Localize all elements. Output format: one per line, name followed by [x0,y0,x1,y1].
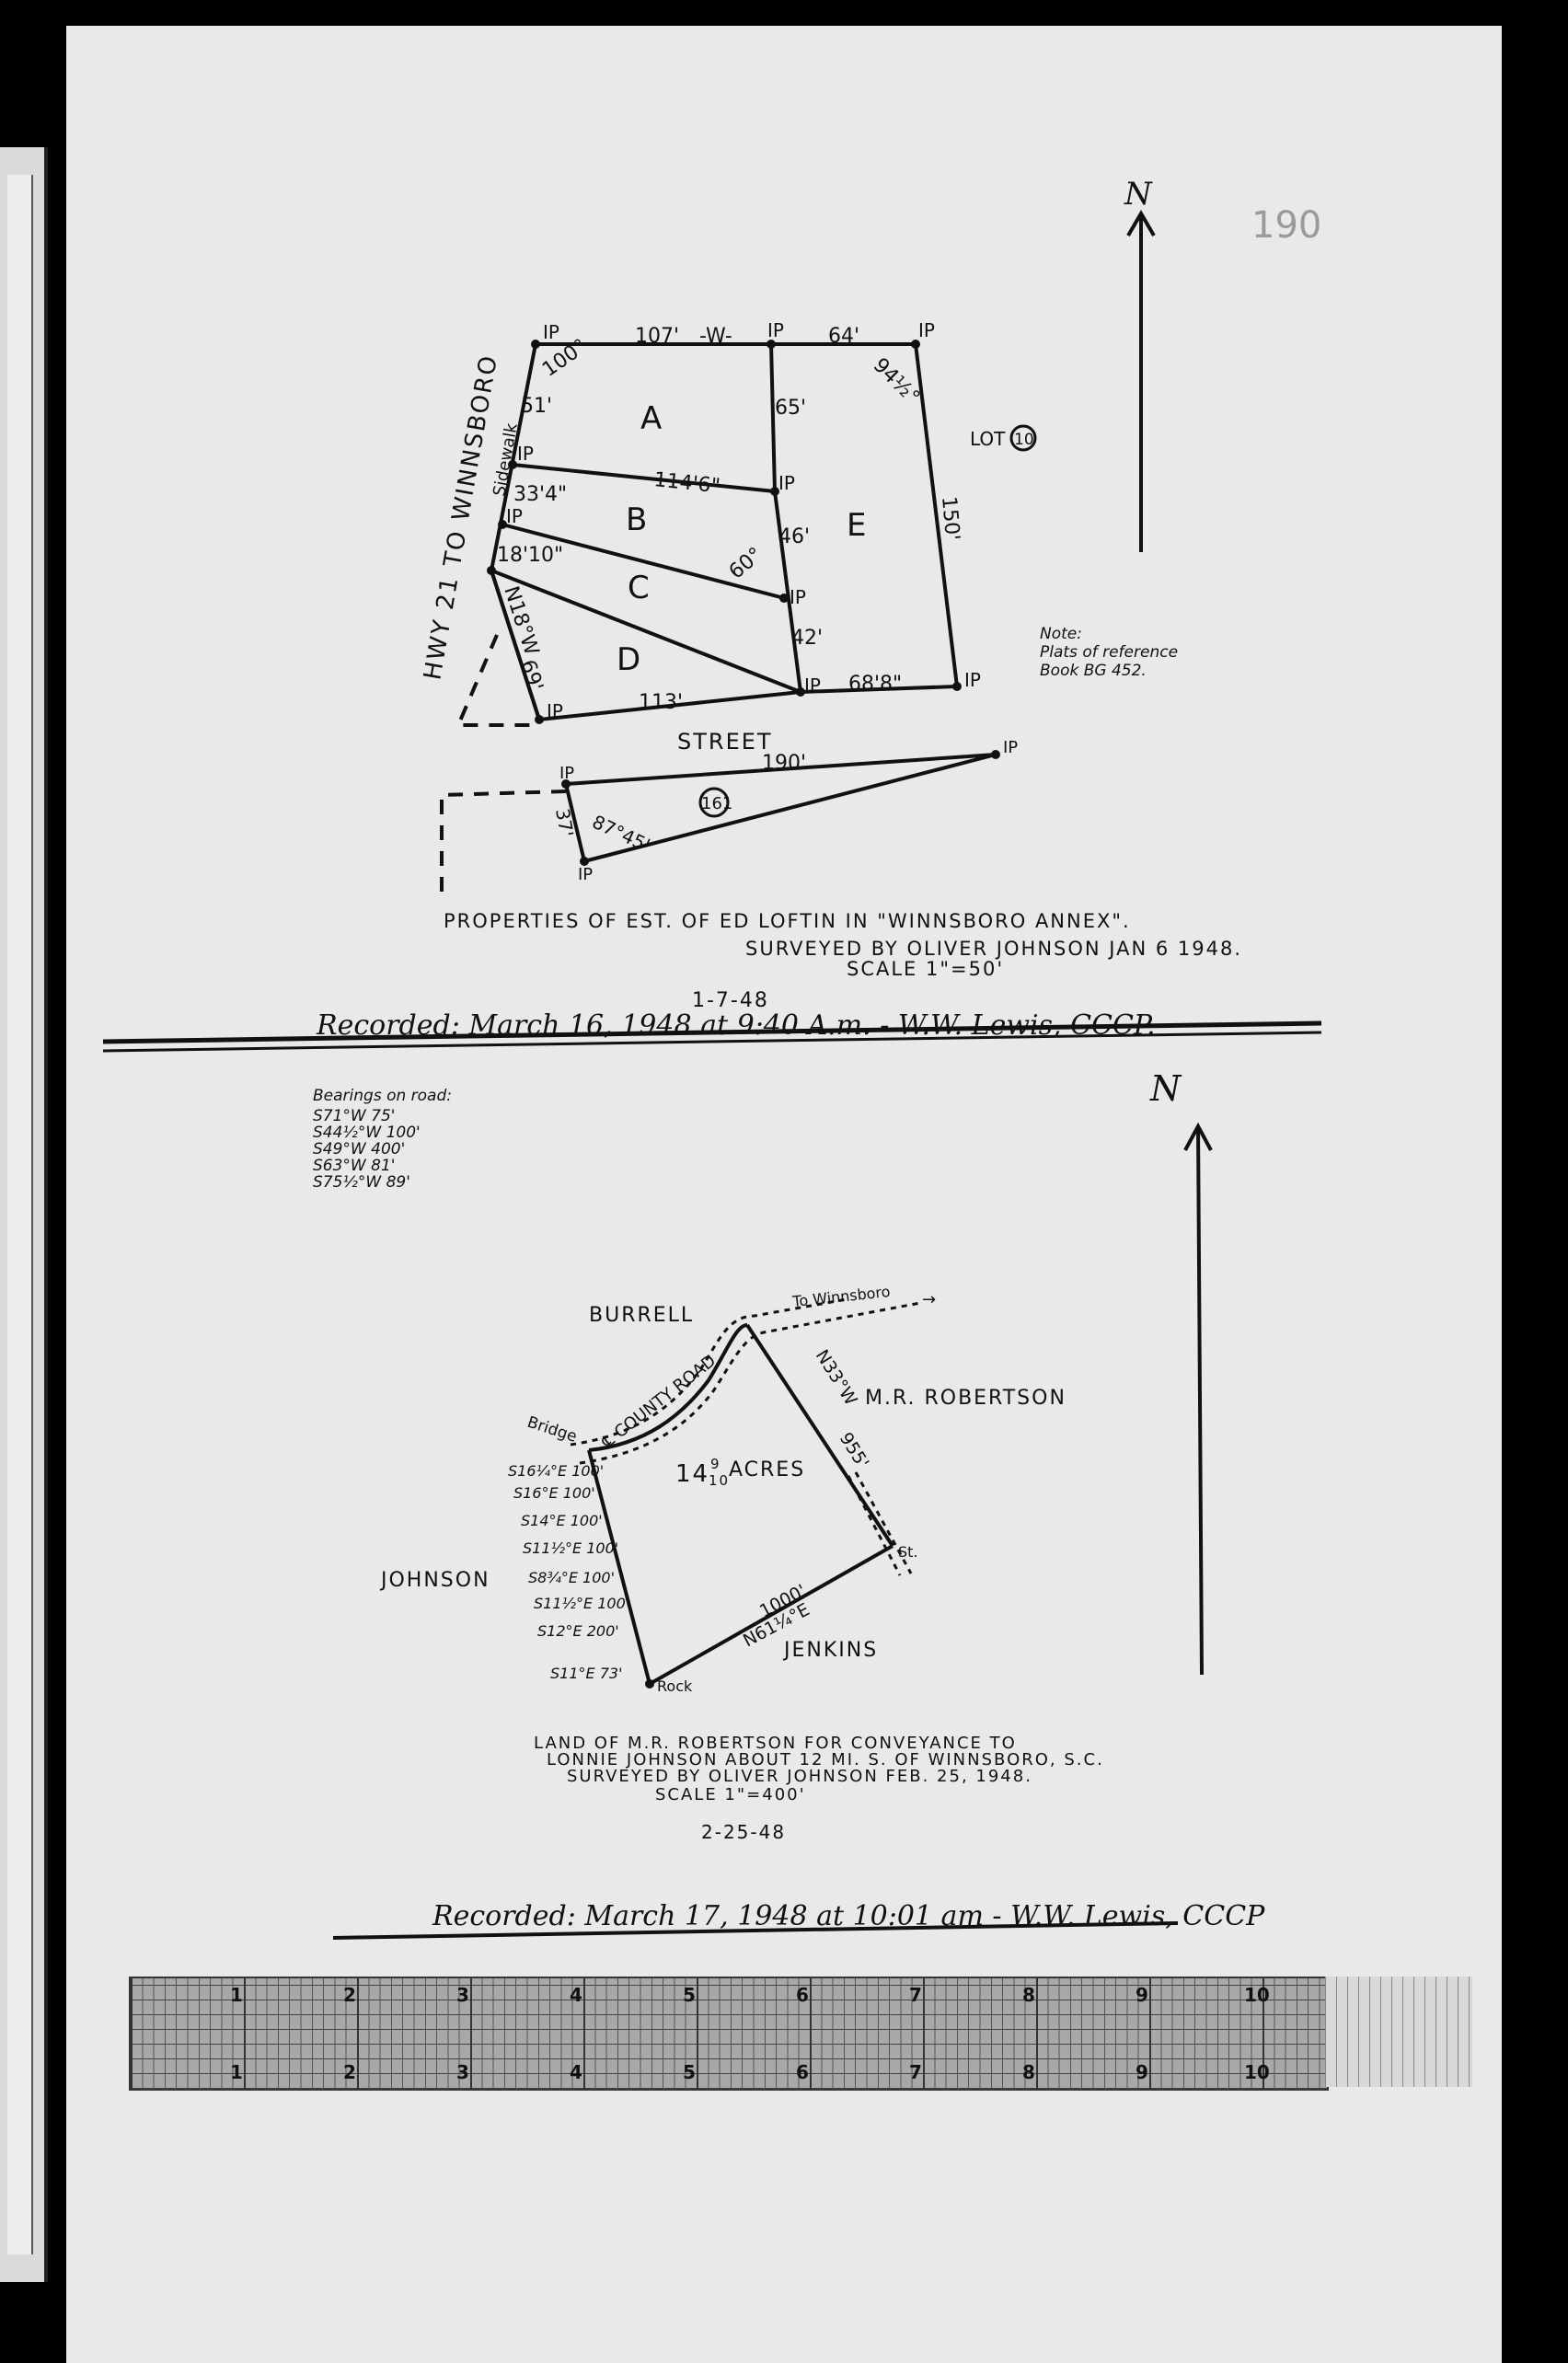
svg-text:S11°E 73': S11°E 73' [550,1665,622,1682]
ruler-tick-2-bottom: 2 [343,2061,356,2083]
upper-dimensions: 107' -W- 64' 100° 94½° 51' 65' 114'6" 33… [497,325,963,714]
highway-label: HWY 21 TO WINNSBORO [419,352,503,682]
ruler-tick-8-bottom: 8 [1022,2061,1035,2083]
lot-b: B [626,501,647,538]
lot-e: E [847,507,866,544]
svg-text:150': 150' [937,495,963,541]
ruler-tick-7-bottom: 7 [909,2061,922,2083]
svg-text:IP: IP [517,443,534,465]
north-label: N [1124,176,1153,213]
svg-text:PROPERTIES OF EST. OF ED LOFTI: PROPERTIES OF EST. OF ED LOFTIN IN "WINN… [444,910,1131,932]
svg-text:S63°W 81': S63°W 81' [313,1157,395,1175]
svg-text:ACRES: ACRES [729,1458,805,1481]
svg-text:N18°W: N18°W [499,583,543,658]
svg-text:Bearings on road:: Bearings on road: [313,1087,452,1105]
rock-label: Rock [657,1677,693,1695]
svg-text:S75½°W 89': S75½°W 89' [313,1173,410,1192]
svg-text:IP: IP [778,472,795,494]
svg-text:37': 37' [551,807,578,839]
upper-north-arrow: N [1124,176,1154,552]
street-label: STREET [677,729,773,755]
ruler-tick-1: 1 [230,1984,243,2006]
svg-text:107': 107' [635,325,679,348]
svg-text:10: 10 [709,1472,730,1489]
svg-text:18'10": 18'10" [497,544,563,567]
svg-text:N: N [1149,1068,1182,1109]
svg-text:94½°: 94½° [869,354,924,409]
county-road-label: ℄ COUNTY ROAD [597,1351,720,1452]
svg-text:S16¼°E 100': S16¼°E 100' [508,1462,604,1480]
svg-text:-W-: -W- [699,325,732,348]
svg-text:69': 69' [515,657,547,694]
svg-text:S49°W 400': S49°W 400' [313,1140,405,1158]
svg-text:65': 65' [775,397,806,420]
neighbor-jenkins: JENKINS [782,1639,878,1662]
svg-text:2-25-48: 2-25-48 [701,1821,786,1843]
svg-text:113': 113' [639,691,683,714]
svg-text:161: 161 [701,794,732,813]
to-winnsboro-arrow: → [922,1290,936,1309]
svg-text:SCALE 1"=400': SCALE 1"=400' [655,1785,806,1804]
ruler-tick-8: 8 [1022,1984,1035,2006]
lot-a: A [640,400,662,437]
neighbor-burrell: BURRELL [589,1304,694,1327]
to-winnsboro-label: To Winnsboro [790,1283,891,1310]
bridge-label: Bridge [525,1413,579,1447]
lot-letters: A B C D E [617,400,866,678]
bearings-on-road: Bearings on road: S71°W 75' S44½°W 100' … [313,1087,452,1192]
west-line-bearings: S16¼°E 100' S16°E 100' S14°E 100' S11½°E… [508,1462,629,1682]
ruler-tick-5: 5 [683,1984,696,2006]
upper-caption: PROPERTIES OF EST. OF ED LOFTIN IN "WINN… [444,910,1242,1012]
neighbor-johnson: JOHNSON [379,1569,490,1592]
ruler-tick-10: 10 [1244,1984,1270,2006]
line-bearings: N33°W 955' N61¼°E 1000' [740,1346,872,1651]
svg-text:33'4": 33'4" [513,483,567,506]
lot-d: D [617,641,640,678]
triangle-lot-161: IP IP IP 190' 161 37' 87°45' [442,738,1018,893]
svg-text:IP: IP [790,586,806,608]
ruler-tick-6-bottom: 6 [796,2061,809,2083]
reference-note: Note: Plats of reference Book BG 452. [1040,625,1178,680]
measurement-ruler: 1 2 3 4 5 6 7 8 9 10 1 2 3 4 5 6 7 8 9 1… [129,1977,1329,2091]
svg-text:S44½°W 100': S44½°W 100' [313,1124,421,1142]
svg-text:14: 14 [675,1460,709,1488]
svg-text:10: 10 [1014,431,1034,449]
ruler-tick-4-bottom: 4 [570,2061,582,2083]
svg-text:87°45': 87°45' [589,811,653,857]
page-stamp: 190 [1251,204,1321,247]
acreage-label: 14 9 10 ACRES [675,1456,805,1489]
ruler-extension [1325,1977,1472,2087]
stake-label: St. [898,1543,918,1561]
svg-text:42': 42' [791,627,823,650]
ruler-tick-10-bottom: 10 [1244,2061,1270,2083]
iron-pins [487,340,962,724]
svg-text:64': 64' [828,325,859,348]
lot-c: C [628,570,650,606]
svg-text:IP: IP [547,700,563,722]
svg-text:60°: 60° [725,543,767,583]
svg-text:Note:: Note: [1040,625,1082,643]
svg-text:Book BG 452.: Book BG 452. [1040,662,1147,680]
svg-text:IP: IP [506,505,523,527]
svg-text:S8¾°E 100': S8¾°E 100' [528,1569,615,1586]
svg-text:S11½°E 100': S11½°E 100' [534,1595,629,1612]
ruler-tick-2: 2 [343,1984,356,2006]
ruler-tick-5-bottom: 5 [683,2061,696,2083]
ruler-tick-1-bottom: 1 [230,2061,243,2083]
svg-text:S14°E 100': S14°E 100' [521,1512,603,1529]
svg-text:SCALE 1"=50': SCALE 1"=50' [847,958,1004,980]
svg-text:IP: IP [1003,738,1018,757]
svg-text:S16°E 100': S16°E 100' [513,1484,595,1502]
ruler-tick-3-bottom: 3 [456,2061,469,2083]
svg-text:SURVEYED BY OLIVER JOHNSON FEB: SURVEYED BY OLIVER JOHNSON FEB. 25, 1948… [567,1767,1032,1786]
svg-text:IP: IP [578,865,593,884]
svg-text:IP: IP [767,319,784,341]
svg-text:IP: IP [918,319,935,341]
svg-text:190': 190' [762,752,806,775]
svg-text:LOT: LOT [970,428,1006,450]
ruler-tick-9-bottom: 9 [1136,2061,1148,2083]
svg-text:IP: IP [559,764,574,783]
svg-text:IP: IP [964,669,981,691]
svg-text:IP: IP [543,321,559,343]
svg-text:Plats of reference: Plats of reference [1040,643,1178,662]
svg-text:46': 46' [778,525,810,548]
svg-text:9: 9 [710,1456,721,1472]
svg-text:SURVEYED BY OLIVER JOHNSON JAN: SURVEYED BY OLIVER JOHNSON JAN 6 1948. [745,938,1242,960]
ruler-tick-9: 9 [1136,1984,1148,2006]
ruler-tick-6: 6 [796,1984,809,2006]
ruler-tick-4: 4 [570,1984,582,2006]
adjacent-lot-10: LOT 10 [970,426,1035,450]
svg-text:68'8": 68'8" [848,673,902,696]
svg-text:S12°E 200': S12°E 200' [537,1622,619,1640]
neighbor-robertson: M.R. ROBERTSON [865,1387,1066,1410]
lower-caption: LAND OF M.R. ROBERTSON FOR CONVEYANCE TO… [534,1734,1104,1843]
scanned-plat-page: 190 N IP IP IP IP [0,0,1568,2363]
svg-text:S71°W 75': S71°W 75' [313,1107,395,1125]
svg-text:N33°W: N33°W [812,1346,861,1409]
svg-text:51': 51' [521,395,552,418]
lower-north-arrow: N [1149,1068,1211,1675]
svg-text:S11½°E 100': S11½°E 100' [523,1539,618,1557]
svg-text:114'6": 114'6" [652,468,721,498]
ruler-tick-7: 7 [909,1984,922,2006]
svg-text:IP: IP [804,674,821,697]
ruler-tick-3: 3 [456,1984,469,2006]
